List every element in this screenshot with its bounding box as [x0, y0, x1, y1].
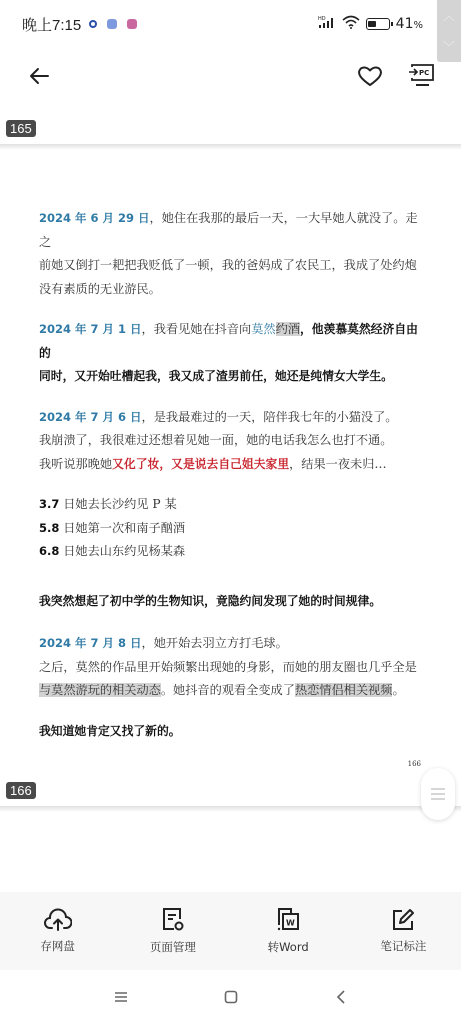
list-item: 3.7 日她去长沙约见 P 某: [39, 493, 429, 517]
back-icon: [336, 990, 346, 1004]
status-indicators: HD 41%: [318, 15, 423, 33]
page-content: 2024 年 6 月 29 日，她住在我那的最后一天，一大早她人就没了。走之 前…: [39, 207, 429, 760]
highlighted-text: 约酒: [276, 322, 300, 336]
page-manage-icon: [161, 907, 185, 933]
paragraph-jul8: 2024 年 7 月 8 日，她开始去羽立方打毛球。 之后，莫然的作品里开始频繁…: [39, 632, 429, 703]
page-separator: [0, 806, 461, 812]
document-viewer[interactable]: 165 2024 年 6 月 29 日，她住在我那的最后一天，一大早她人就没了。…: [0, 110, 461, 890]
paragraph-jun29: 2024 年 6 月 29 日，她住在我那的最后一天，一大早她人就没了。走之 前…: [39, 207, 429, 301]
date-list: 3.7 日她去长沙约见 P 某 5.8 日她第一次和南子酗酒 6.8 日她去山东…: [39, 493, 429, 564]
menu-icon: [114, 991, 128, 1003]
home-icon: [224, 990, 238, 1004]
cloud-upload-icon: [44, 908, 72, 932]
page-badge-165: 165: [6, 120, 36, 137]
paragraph-realization: 我突然想起了初中学的生物知识，竟隐约间发现了她的时间规律。: [39, 590, 429, 614]
save-to-cloud-button[interactable]: 存网盘: [0, 892, 115, 970]
wifi-icon: [342, 15, 360, 33]
heart-icon: [357, 64, 383, 88]
notification-ring-icon: [89, 20, 97, 28]
page-badge-166: 166: [6, 782, 36, 799]
home-button[interactable]: [219, 985, 243, 1009]
note-edit-icon: [391, 908, 415, 932]
paragraph-jul6: 2024 年 7 月 6 日，是我最难过的一天，陪伴我七年的小猫没了。 我崩溃了…: [39, 406, 429, 477]
favorite-button[interactable]: [355, 61, 385, 91]
status-app-icons: [89, 19, 137, 29]
arrow-left-icon: [27, 64, 51, 88]
app-pink-icon: [127, 19, 137, 29]
status-time: 晚上7:15: [22, 14, 81, 35]
bottom-toolbar: 存网盘 页面管理 W 转Word 笔记标注: [0, 892, 461, 970]
battery-icon: [366, 18, 390, 30]
convert-to-word-button[interactable]: W 转Word: [231, 892, 346, 970]
nav-back-button[interactable]: [329, 985, 353, 1009]
send-to-pc-button[interactable]: PC: [407, 61, 437, 91]
hamburger-icon: [430, 787, 446, 801]
list-item: 6.8 日她去山东约见杨某森: [39, 540, 429, 564]
paragraph-conclusion: 我知道她肯定又找了新的。: [39, 720, 429, 744]
status-bar: 晚上7:15 HD 41%: [0, 0, 461, 48]
recents-button[interactable]: [109, 985, 133, 1009]
svg-text:HD: HD: [318, 16, 326, 22]
note-annotate-button[interactable]: 笔记标注: [346, 892, 461, 970]
list-item: 5.8 日她第一次和南子酗酒: [39, 517, 429, 541]
battery-percent: 41%: [396, 16, 423, 32]
page-separator: [0, 144, 461, 150]
back-button[interactable]: [24, 61, 54, 91]
scroll-up-icon[interactable]: ︿: [443, 7, 455, 24]
svg-text:PC: PC: [419, 69, 429, 77]
menu-fab-button[interactable]: [421, 768, 455, 820]
app-blue-icon: [107, 19, 117, 29]
app-bar: PC: [0, 52, 461, 100]
word-convert-icon: W: [275, 907, 301, 933]
paragraph-jul1: 2024 年 7 月 1 日，我看见她在抖音向莫然约酒，他羡慕莫然经济自由的 同…: [39, 318, 429, 389]
page-footer-number: 166: [408, 760, 421, 768]
system-nav-bar: [0, 970, 461, 1024]
page-manage-button[interactable]: 页面管理: [115, 892, 230, 970]
signal-icon: HD: [318, 15, 336, 33]
send-to-pc-icon: PC: [408, 63, 436, 89]
svg-text:W: W: [286, 919, 295, 928]
